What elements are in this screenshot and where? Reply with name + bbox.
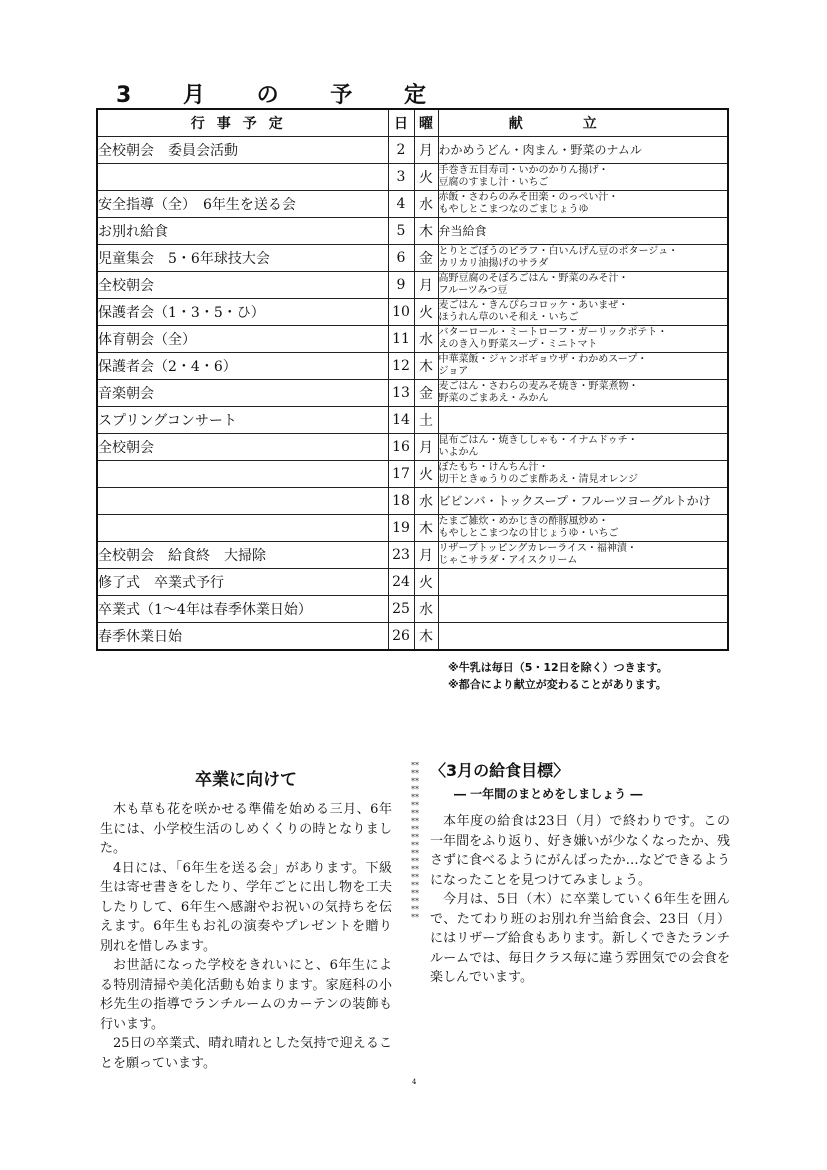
table-row: 安全指導（全） 6年生を送る会4水赤飯・さわらのみそ田楽・のっぺい汁・ もやしと… xyxy=(97,191,728,218)
graduation-title: 卒業に向けて xyxy=(100,765,392,790)
graduation-article: 卒業に向けて 木も草も花を咲かせる準備を始める三月、6年生には、小学校生活のしめ… xyxy=(100,765,392,1073)
day-cell: 13 xyxy=(388,380,414,407)
weekday-cell: 水 xyxy=(414,191,438,218)
weekday-cell: 火 xyxy=(414,569,438,596)
table-row: 体育朝会（全）11水バターロール・ミートローフ・ガーリックポテト・ えのき入り野… xyxy=(97,326,728,353)
weekday-cell: 土 xyxy=(414,407,438,434)
weekday-cell: 水 xyxy=(414,488,438,515)
weekday-cell: 火 xyxy=(414,164,438,191)
table-row: お別れ給食5木弁当給食 xyxy=(97,218,728,245)
header-menu: 献立 xyxy=(438,109,728,137)
event-cell: 全校朝会 給食終 大掃除 xyxy=(97,542,388,569)
weekday-cell: 木 xyxy=(414,353,438,380)
event-cell: 全校朝会 委員会活動 xyxy=(97,137,388,164)
day-cell: 2 xyxy=(388,137,414,164)
lunch-goal-subtitle: ― 一年間のまとめをしましょう ― xyxy=(454,785,730,802)
day-cell: 17 xyxy=(388,461,414,488)
table-row: 修了式 卒業式予行24火 xyxy=(97,569,728,596)
menu-cell: 赤飯・さわらのみそ田楽・のっぺい汁・ もやしとこまつなのごまじょうゆ xyxy=(438,191,728,218)
weekday-cell: 金 xyxy=(414,245,438,272)
event-cell: 保護者会（1・3・5・ひ） xyxy=(97,299,388,326)
header-dow: 曜 xyxy=(414,109,438,137)
graduation-paragraph: 4日には、「6年生を送る会」があります。下級生は寄せ書きをしたり、学年ごとに出し… xyxy=(100,859,392,957)
menu-cell: たまご雑炊・めかじきの酢豚風炒め・ もやしとこまつなの甘じょうゆ・いちご xyxy=(438,515,728,542)
event-cell: 音楽朝会 xyxy=(97,380,388,407)
day-cell: 6 xyxy=(388,245,414,272)
menu-cell: とりとごぼうのピラフ・白いんげん豆のポタージュ・ カリカリ油揚げのサラダ xyxy=(438,245,728,272)
event-cell: 春季休業日始 xyxy=(97,623,388,651)
event-cell: お別れ給食 xyxy=(97,218,388,245)
table-row: 19木たまご雑炊・めかじきの酢豚風炒め・ もやしとこまつなの甘じょうゆ・いちご xyxy=(97,515,728,542)
day-cell: 26 xyxy=(388,623,414,651)
weekday-cell: 月 xyxy=(414,272,438,299)
table-row: 保護者会（2・4・6）12木中華菜飯・ジャンボギョウザ・わかめスープ・ ジョア xyxy=(97,353,728,380)
table-row: 3火手巻き五目寿司・いかのかりん揚げ・ 豆腐のすまし汁・いちご xyxy=(97,164,728,191)
day-cell: 25 xyxy=(388,596,414,623)
menu-cell xyxy=(438,407,728,434)
day-cell: 18 xyxy=(388,488,414,515)
menu-cell: 麦ごはん・きんぴらコロッケ・あいまぜ・ ほうれん草のいそ和え・いちご xyxy=(438,299,728,326)
event-cell: 体育朝会（全） xyxy=(97,326,388,353)
lunch-goal-paragraph: 今月は、5日（木）に卒業していく6年生を囲んで、たてわり班のお別れ弁当給食会、2… xyxy=(430,890,730,988)
weekday-cell: 火 xyxy=(414,461,438,488)
menu-cell xyxy=(438,569,728,596)
table-row: 17火ぼたもち・けんちん汁・ 切干ときゅうりのごま酢あえ・清見オレンジ xyxy=(97,461,728,488)
graduation-paragraph: お世話になった学校をきれいにと、6年生による特別清掃や美化活動も始まります。家庭… xyxy=(100,956,392,1034)
day-cell: 24 xyxy=(388,569,414,596)
schedule-body: 全校朝会 委員会活動2月わかめうどん・肉まん・野菜のナムル3火手巻き五目寿司・い… xyxy=(97,137,728,651)
menu-cell: リザーブトッピングカレーライス・福神漬・ じゃこサラダ・アイスクリーム xyxy=(438,542,728,569)
table-row: 卒業式（1〜4年は春季休業日始）25水 xyxy=(97,596,728,623)
lunch-goal-article: 〈3月の給食目標〉 ― 一年間のまとめをしましょう ― 本年度の給食は23日（月… xyxy=(430,758,730,988)
event-cell: 児童集会 5・6年球技大会 xyxy=(97,245,388,272)
table-row: 全校朝会16月昆布ごはん・焼きししゃも・イナムドゥチ・ いよかん xyxy=(97,434,728,461)
note-menu-change: ※都合により献立が変わることがあります。 xyxy=(448,676,668,693)
menu-cell: 手巻き五目寿司・いかのかりん揚げ・ 豆腐のすまし汁・いちご xyxy=(438,164,728,191)
menu-cell: 弁当給食 xyxy=(438,218,728,245)
weekday-cell: 月 xyxy=(414,137,438,164)
event-cell xyxy=(97,461,388,488)
weekday-cell: 月 xyxy=(414,434,438,461)
header-event: 行事予定 xyxy=(97,109,388,137)
table-row: 音楽朝会13金麦ごはん・さわらの麦みそ焼き・野菜煮物・ 野菜のごまあえ・みかん xyxy=(97,380,728,407)
menu-cell: ぼたもち・けんちん汁・ 切干ときゅうりのごま酢あえ・清見オレンジ xyxy=(438,461,728,488)
header-day: 日 xyxy=(388,109,414,137)
page-number: 4 xyxy=(412,1078,416,1086)
table-row: 保護者会（1・3・5・ひ）10火麦ごはん・きんぴらコロッケ・あいまぜ・ ほうれん… xyxy=(97,299,728,326)
table-row: 全校朝会9月高野豆腐のそぼろごはん・野菜のみそ汁・ フルーツみつ豆 xyxy=(97,272,728,299)
lunch-goal-paragraph: 本年度の給食は23日（月）で終わりです。この一年間をふり返り、好き嫌いが少なくな… xyxy=(430,812,730,890)
table-row: 春季休業日始26木 xyxy=(97,623,728,651)
menu-cell: バターロール・ミートローフ・ガーリックポテト・ えのき入り野菜スープ・ミニトマト xyxy=(438,326,728,353)
event-cell xyxy=(97,515,388,542)
day-cell: 9 xyxy=(388,272,414,299)
weekday-cell: 火 xyxy=(414,299,438,326)
note-milk: ※牛乳は毎日（5・12日を除く）つきます。 xyxy=(448,659,668,676)
day-cell: 10 xyxy=(388,299,414,326)
lunch-goal-title: 〈3月の給食目標〉 xyxy=(430,758,730,781)
day-cell: 19 xyxy=(388,515,414,542)
table-row: 全校朝会 委員会活動2月わかめうどん・肉まん・野菜のナムル xyxy=(97,137,728,164)
event-cell xyxy=(97,164,388,191)
table-row: 児童集会 5・6年球技大会6金とりとごぼうのピラフ・白いんげん豆のポタージュ・ … xyxy=(97,245,728,272)
day-cell: 3 xyxy=(388,164,414,191)
weekday-cell: 木 xyxy=(414,218,438,245)
menu-cell xyxy=(438,596,728,623)
event-cell: 安全指導（全） 6年生を送る会 xyxy=(97,191,388,218)
day-cell: 14 xyxy=(388,407,414,434)
graduation-paragraph: 木も草も花を咲かせる準備を始める三月、6年生には、小学校生活のしめくくりの時とな… xyxy=(100,800,392,859)
weekday-cell: 月 xyxy=(414,542,438,569)
event-cell xyxy=(97,488,388,515)
schedule-table: 行事予定 日 曜 献立 全校朝会 委員会活動2月わかめうどん・肉まん・野菜のナム… xyxy=(96,108,729,651)
event-cell: 保護者会（2・4・6） xyxy=(97,353,388,380)
event-cell: 全校朝会 xyxy=(97,434,388,461)
day-cell: 5 xyxy=(388,218,414,245)
notes: ※牛乳は毎日（5・12日を除く）つきます。 ※都合により献立が変わることがありま… xyxy=(448,659,668,693)
table-row: スプリングコンサート14土 xyxy=(97,407,728,434)
event-cell: 卒業式（1〜4年は春季休業日始） xyxy=(97,596,388,623)
weekday-cell: 木 xyxy=(414,623,438,651)
table-row: 全校朝会 給食終 大掃除23月リザーブトッピングカレーライス・福神漬・ じゃこサ… xyxy=(97,542,728,569)
menu-cell xyxy=(438,623,728,651)
menu-cell: ビビンバ・トックスープ・フルーツヨーグルトかけ xyxy=(438,488,728,515)
menu-cell: 中華菜飯・ジャンボギョウザ・わかめスープ・ ジョア xyxy=(438,353,728,380)
weekday-cell: 木 xyxy=(414,515,438,542)
table-row: 18水ビビンバ・トックスープ・フルーツヨーグルトかけ xyxy=(97,488,728,515)
day-cell: 16 xyxy=(388,434,414,461)
event-cell: スプリングコンサート xyxy=(97,407,388,434)
day-cell: 11 xyxy=(388,326,414,353)
event-cell: 修了式 卒業式予行 xyxy=(97,569,388,596)
page-title: 3 月 の 予 定 xyxy=(116,78,448,109)
asterisk-divider: **************************************** xyxy=(410,762,420,1054)
weekday-cell: 金 xyxy=(414,380,438,407)
menu-cell: 麦ごはん・さわらの麦みそ焼き・野菜煮物・ 野菜のごまあえ・みかん xyxy=(438,380,728,407)
event-cell: 全校朝会 xyxy=(97,272,388,299)
day-cell: 4 xyxy=(388,191,414,218)
graduation-paragraph: 25日の卒業式、晴れ晴れとした気持で迎えることを願っています。 xyxy=(100,1034,392,1073)
day-cell: 23 xyxy=(388,542,414,569)
menu-cell: わかめうどん・肉まん・野菜のナムル xyxy=(438,137,728,164)
day-cell: 12 xyxy=(388,353,414,380)
menu-cell: 高野豆腐のそぼろごはん・野菜のみそ汁・ フルーツみつ豆 xyxy=(438,272,728,299)
menu-cell: 昆布ごはん・焼きししゃも・イナムドゥチ・ いよかん xyxy=(438,434,728,461)
weekday-cell: 水 xyxy=(414,596,438,623)
table-header-row: 行事予定 日 曜 献立 xyxy=(97,109,728,137)
weekday-cell: 水 xyxy=(414,326,438,353)
